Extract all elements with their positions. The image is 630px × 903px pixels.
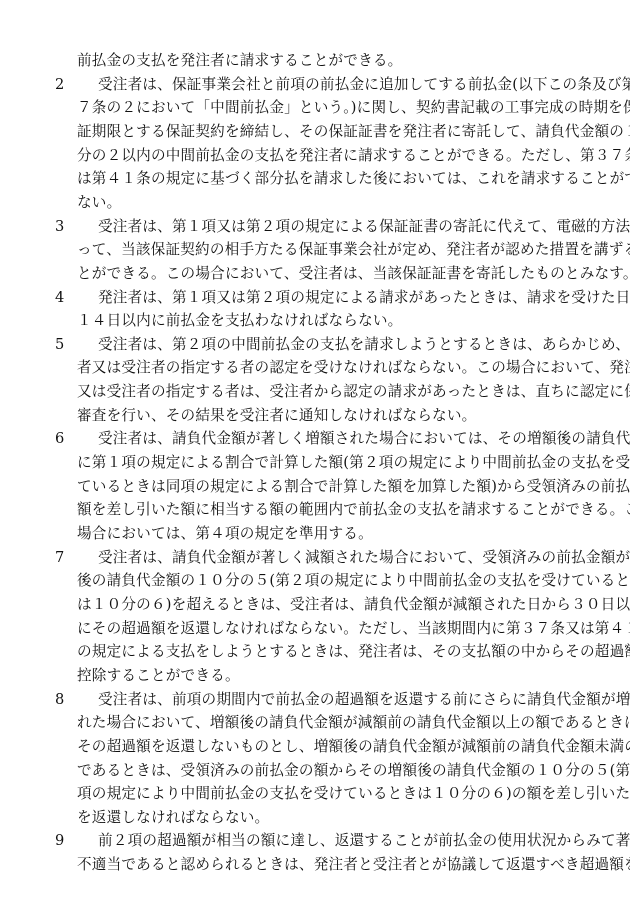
clause-text: ない。 bbox=[77, 191, 121, 215]
clause-text: １４日以内に前払金を支払わなければならない。 bbox=[77, 309, 402, 333]
clause-number: 2 bbox=[55, 73, 73, 97]
clause-text: 受注者は、請負代金額が著しく増額された場合においては、その増額後の請負代金額 bbox=[98, 427, 630, 451]
clause-text: 不適当であると認められるときは、発注者と受注者とが協議して返還すべき超過額を定 bbox=[77, 853, 630, 877]
clause-text: 受注者は、第２項の中間前払金の支払を請求しようとするときは、あらかじめ、発注 bbox=[98, 333, 630, 357]
clause-text: ７条の２において「中間前払金」という。)に関し、契約書記載の工事完成の時期を保 bbox=[77, 96, 630, 120]
clause-text: を返還しなければならない。 bbox=[77, 806, 269, 830]
clause-text: 分の２以内の中間前払金の支払を発注者に請求することができる。ただし、第３７条又 bbox=[77, 144, 630, 168]
clause-text: れた場合において、増額後の請負代金額が減額前の請負代金額以上の額であるときは、 bbox=[77, 711, 630, 735]
clause-text: 又は受注者の指定する者は、受注者から認定の請求があったときは、直ちに認定に係る bbox=[77, 380, 630, 404]
clause-text: とができる。この場合において、受注者は、当該保証証書を寄託したものとみなす。 bbox=[77, 262, 630, 286]
clause-text: 審査を行い、その結果を受注者に通知しなければならない。 bbox=[77, 404, 476, 428]
document-page: 前払金の支払を発注者に請求することができる。2受注者は、保証事業会社と前項の前払… bbox=[0, 0, 630, 903]
clause-text: 受注者は、請負代金額が著しく減額された場合において、受領済みの前払金額が減額 bbox=[98, 546, 630, 570]
clause-text: 場合においては、第４項の規定を準用する。 bbox=[77, 522, 373, 546]
clause-text: って、当該保証契約の相手方たる保証事業会社が定め、発注者が認めた措置を講ずるこ bbox=[77, 238, 630, 262]
clause-number: 9 bbox=[55, 829, 73, 853]
clause-text: は第４１条の規定に基づく部分払を請求した後においては、これを請求することができ bbox=[77, 167, 630, 191]
clause-text: 後の請負代金額の１０分の５(第２項の規定により中間前払金の支払を受けているとき bbox=[77, 569, 630, 593]
clause-text: 控除することができる。 bbox=[77, 664, 240, 688]
clause-text: その超過額を返還しないものとし、増額後の請負代金額が減額前の請負代金額未満の額 bbox=[77, 735, 630, 759]
clause-text: 発注者は、第１項又は第２項の規定による請求があったときは、請求を受けた日から bbox=[98, 286, 630, 310]
clause-text: 項の規定により中間前払金の支払を受けているときは１０分の６)の額を差し引いた額 bbox=[77, 782, 630, 806]
clause-number: 7 bbox=[55, 546, 73, 570]
clause-text: ているときは同項の規定による割合で計算した額を加算した額)から受領済みの前払金 bbox=[77, 475, 630, 499]
clause-number: 3 bbox=[55, 215, 73, 239]
clause-text: 前払金の支払を発注者に請求することができる。 bbox=[77, 49, 402, 73]
clause-text: 受注者は、前項の期間内で前払金の超過額を返還する前にさらに請負代金額が増額さ bbox=[98, 688, 630, 712]
clause-number: 8 bbox=[55, 688, 73, 712]
clause-text: 者又は受注者の指定する者の認定を受けなければならない。この場合において、発注者 bbox=[77, 356, 630, 380]
clause-text: に第１項の規定による割合で計算した額(第２項の規定により中間前払金の支払を受け bbox=[77, 451, 630, 475]
clause-number: 4 bbox=[55, 286, 73, 310]
clause-text: 証期限とする保証契約を締結し、その保証証書を発注者に寄託して、請負代金額の１０ bbox=[77, 120, 630, 144]
clause-number: 5 bbox=[55, 333, 73, 357]
clause-text: 受注者は、保証事業会社と前項の前払金に追加してする前払金(以下この条及び第４ bbox=[98, 73, 630, 97]
clause-text: にその超過額を返還しなければならない。ただし、当該期間内に第３７条又は第４１条 bbox=[77, 617, 630, 641]
clause-text: であるときは、受領済みの前払金の額からその増額後の請負代金額の１０分の５(第２ bbox=[77, 759, 630, 783]
clause-text: は１０分の６)を超えるときは、受注者は、請負代金額が減額された日から３０日以内 bbox=[77, 593, 630, 617]
clause-text: 額を差し引いた額に相当する額の範囲内で前払金の支払を請求することができる。この bbox=[77, 498, 630, 522]
clause-text: の規定による支払をしようとするときは、発注者は、その支払額の中からその超過額を bbox=[77, 640, 630, 664]
clause-number: 6 bbox=[55, 427, 73, 451]
clause-text: 受注者は、第１項又は第２項の規定による保証証書の寄託に代えて、電磁的方法であ bbox=[98, 215, 630, 239]
clause-text: 前２項の超過額が相当の額に達し、返還することが前払金の使用状況からみて著しく bbox=[98, 829, 630, 853]
